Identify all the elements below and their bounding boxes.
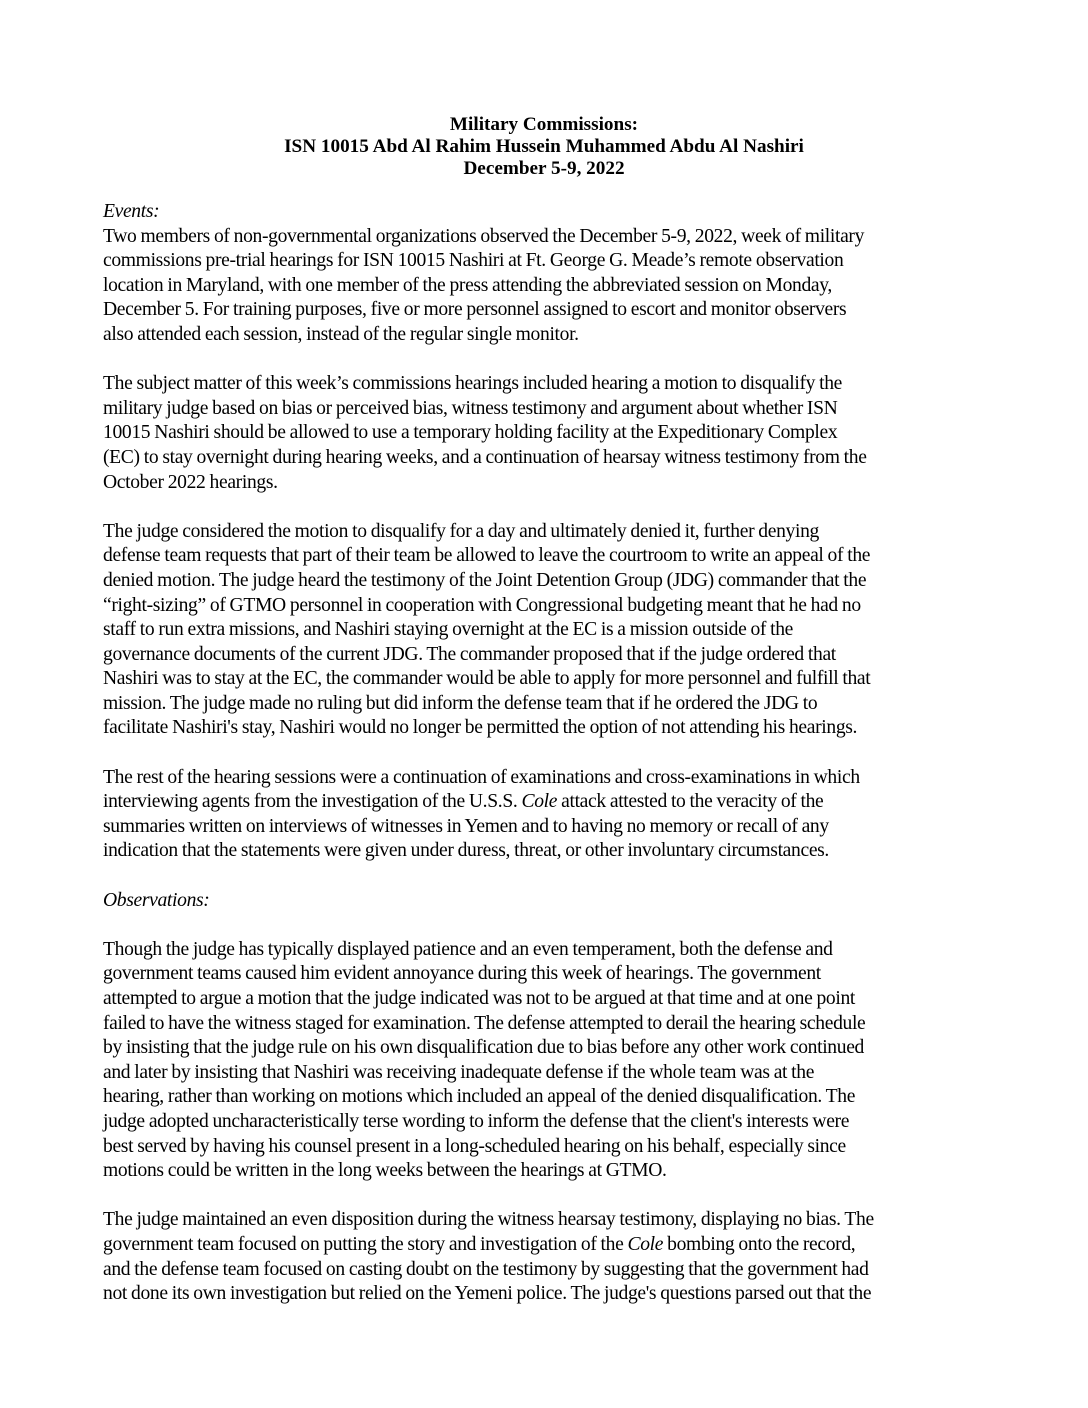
paragraph-gap: [103, 741, 987, 766]
text-line: October 2022 hearings.: [103, 471, 987, 496]
text-line: Two members of non-governmental organiza…: [103, 225, 987, 250]
paragraph-gap: [103, 348, 987, 373]
observations-heading: Observations:: [103, 889, 987, 914]
header-title: Military Commissions:: [0, 114, 1088, 136]
paragraph-gap: [103, 864, 987, 889]
text-line: motions could be written in the long wee…: [103, 1159, 987, 1184]
text-line: Though the judge has typically displayed…: [103, 938, 987, 963]
text-line: attempted to argue a motion that the jud…: [103, 987, 987, 1012]
text-line: commissions pre-trial hearings for ISN 1…: [103, 249, 987, 274]
paragraph-events-3: The judge considered the motion to disqu…: [103, 520, 987, 741]
paragraph-observations-2: The judge maintained an even disposition…: [103, 1208, 987, 1306]
text-line: judge adopted uncharacteristically terse…: [103, 1110, 987, 1135]
text-line: Nashiri was to stay at the EC, the comma…: [103, 667, 987, 692]
text-line: indication that the statements were give…: [103, 839, 987, 864]
paragraph-gap: [103, 495, 987, 520]
header-detainee-name: ISN 10015 Abd Al Rahim Hussein Muhammed …: [0, 136, 1088, 158]
document-body: Events: Two members of non-governmental …: [103, 200, 987, 1307]
text-line: and the defense team focused on casting …: [103, 1258, 987, 1283]
text-line: by insisting that the judge rule on his …: [103, 1036, 987, 1061]
paragraph-events-2: The subject matter of this week’s commis…: [103, 372, 987, 495]
text-line: not done its own investigation but relie…: [103, 1282, 987, 1307]
text-line: best served by having his counsel presen…: [103, 1135, 987, 1160]
text-run: government team focused on putting the s…: [103, 1234, 628, 1255]
text-run: bombing onto the record,: [663, 1234, 855, 1255]
paragraph-gap: [103, 1184, 987, 1209]
ship-name-italic: Cole: [521, 791, 557, 812]
paragraph-events-1: Two members of non-governmental organiza…: [103, 225, 987, 348]
text-line: facilitate Nashiri's stay, Nashiri would…: [103, 716, 987, 741]
text-line: defense team requests that part of their…: [103, 544, 987, 569]
text-line: government team focused on putting the s…: [103, 1233, 987, 1258]
text-line: location in Maryland, with one member of…: [103, 274, 987, 299]
paragraph-events-4: The rest of the hearing sessions were a …: [103, 766, 987, 864]
header-date-range: December 5-9, 2022: [0, 158, 1088, 180]
text-run: interviewing agents from the investigati…: [103, 791, 521, 812]
text-line: 10015 Nashiri should be allowed to use a…: [103, 421, 987, 446]
text-line: interviewing agents from the investigati…: [103, 790, 987, 815]
document-header: Military Commissions: ISN 10015 Abd Al R…: [0, 114, 1088, 180]
paragraph-gap: [103, 913, 987, 938]
document-page: Military Commissions: ISN 10015 Abd Al R…: [0, 0, 1088, 1408]
text-line: December 5. For training purposes, five …: [103, 298, 987, 323]
text-line: The subject matter of this week’s commis…: [103, 372, 987, 397]
text-line: summaries written on interviews of witne…: [103, 815, 987, 840]
text-line: “right-sizing” of GTMO personnel in coop…: [103, 594, 987, 619]
text-line: (EC) to stay overnight during hearing we…: [103, 446, 987, 471]
text-line: The judge considered the motion to disqu…: [103, 520, 987, 545]
text-line: hearing, rather than working on motions …: [103, 1085, 987, 1110]
text-line: denied motion. The judge heard the testi…: [103, 569, 987, 594]
text-line: also attended each session, instead of t…: [103, 323, 987, 348]
text-line: The judge maintained an even disposition…: [103, 1208, 987, 1233]
text-line: government teams caused him evident anno…: [103, 962, 987, 987]
text-line: mission. The judge made no ruling but di…: [103, 692, 987, 717]
events-heading: Events:: [103, 200, 987, 225]
text-line: military judge based on bias or perceive…: [103, 397, 987, 422]
ship-name-italic: Cole: [628, 1234, 664, 1255]
text-line: and later by insisting that Nashiri was …: [103, 1061, 987, 1086]
text-line: The rest of the hearing sessions were a …: [103, 766, 987, 791]
text-line: failed to have the witness staged for ex…: [103, 1012, 987, 1037]
text-run: attack attested to the veracity of the: [557, 791, 823, 812]
text-line: staff to run extra missions, and Nashiri…: [103, 618, 987, 643]
text-line: governance documents of the current JDG.…: [103, 643, 987, 668]
paragraph-observations-1: Though the judge has typically displayed…: [103, 938, 987, 1184]
